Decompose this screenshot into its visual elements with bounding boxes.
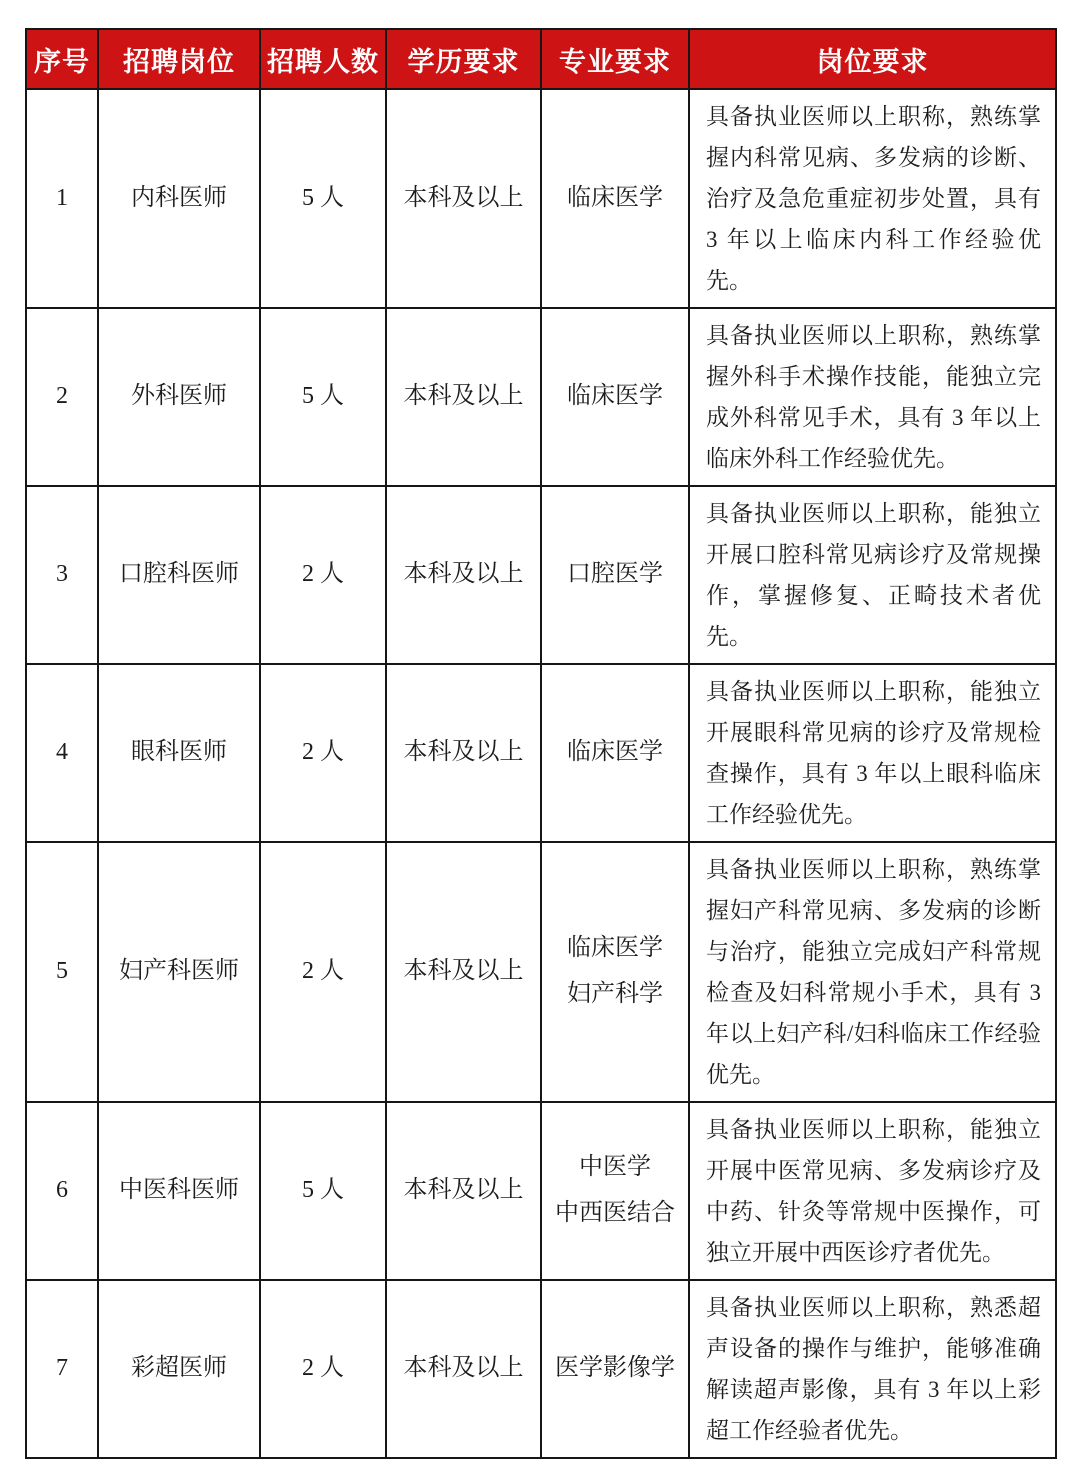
cell-education: 本科及以上: [386, 89, 541, 308]
recruitment-table: 序号招聘岗位招聘人数学历要求专业要求岗位要求 1内科医师5 人本科及以上临床医学…: [25, 28, 1057, 1459]
cell-education: 本科及以上: [386, 308, 541, 486]
cell-requirements: 具备执业医师以上职称，熟练掌握内科常见病、多发病的诊断、治疗及急危重症初步处置，…: [689, 89, 1056, 308]
cell-education: 本科及以上: [386, 664, 541, 842]
cell-position: 妇产科医师: [98, 842, 260, 1102]
cell-count: 2 人: [260, 1280, 386, 1458]
cell-major: 医学影像学: [541, 1280, 689, 1458]
cell-requirements: 具备执业医师以上职称，熟悉超声设备的操作与维护，能够准确解读超声影像，具有 3 …: [689, 1280, 1056, 1458]
cell-major: 临床医学 妇产科学: [541, 842, 689, 1102]
cell-count: 5 人: [260, 1102, 386, 1280]
cell-education: 本科及以上: [386, 486, 541, 664]
cell-requirements: 具备执业医师以上职称，能独立开展口腔科常见病诊疗及常规操作，掌握修复、正畸技术者…: [689, 486, 1056, 664]
table-row: 5妇产科医师2 人本科及以上临床医学 妇产科学具备执业医师以上职称，熟练掌握妇产…: [26, 842, 1056, 1102]
cell-position: 眼科医师: [98, 664, 260, 842]
cell-education: 本科及以上: [386, 1102, 541, 1280]
cell-requirements: 具备执业医师以上职称，熟练掌握妇产科常见病、多发病的诊断与治疗，能独立完成妇产科…: [689, 842, 1056, 1102]
cell-position: 外科医师: [98, 308, 260, 486]
column-header-requirements: 岗位要求: [689, 29, 1056, 89]
table-row: 3口腔科医师2 人本科及以上口腔医学具备执业医师以上职称，能独立开展口腔科常见病…: [26, 486, 1056, 664]
table-row: 2外科医师5 人本科及以上临床医学具备执业医师以上职称，熟练掌握外科手术操作技能…: [26, 308, 1056, 486]
cell-no: 2: [26, 308, 98, 486]
table-row: 4眼科医师2 人本科及以上临床医学具备执业医师以上职称，能独立开展眼科常见病的诊…: [26, 664, 1056, 842]
cell-no: 6: [26, 1102, 98, 1280]
cell-major: 口腔医学: [541, 486, 689, 664]
cell-education: 本科及以上: [386, 1280, 541, 1458]
cell-count: 5 人: [260, 89, 386, 308]
cell-no: 5: [26, 842, 98, 1102]
table-row: 6中医科医师5 人本科及以上中医学 中西医结合具备执业医师以上职称，能独立开展中…: [26, 1102, 1056, 1280]
column-header-no: 序号: [26, 29, 98, 89]
column-header-major: 专业要求: [541, 29, 689, 89]
cell-position: 彩超医师: [98, 1280, 260, 1458]
cell-count: 5 人: [260, 308, 386, 486]
cell-position: 口腔科医师: [98, 486, 260, 664]
cell-count: 2 人: [260, 486, 386, 664]
cell-requirements: 具备执业医师以上职称，能独立开展中医常见病、多发病诊疗及中药、针灸等常规中医操作…: [689, 1102, 1056, 1280]
cell-count: 2 人: [260, 664, 386, 842]
cell-no: 1: [26, 89, 98, 308]
cell-position: 中医科医师: [98, 1102, 260, 1280]
cell-education: 本科及以上: [386, 842, 541, 1102]
column-header-position: 招聘岗位: [98, 29, 260, 89]
cell-no: 7: [26, 1280, 98, 1458]
cell-major: 中医学 中西医结合: [541, 1102, 689, 1280]
cell-requirements: 具备执业医师以上职称，熟练掌握外科手术操作技能，能独立完成外科常见手术，具有 3…: [689, 308, 1056, 486]
cell-position: 内科医师: [98, 89, 260, 308]
cell-count: 2 人: [260, 842, 386, 1102]
table-row: 7彩超医师2 人本科及以上医学影像学具备执业医师以上职称，熟悉超声设备的操作与维…: [26, 1280, 1056, 1458]
cell-no: 4: [26, 664, 98, 842]
cell-requirements: 具备执业医师以上职称，能独立开展眼科常见病的诊疗及常规检查操作，具有 3 年以上…: [689, 664, 1056, 842]
column-header-education: 学历要求: [386, 29, 541, 89]
cell-no: 3: [26, 486, 98, 664]
cell-major: 临床医学: [541, 89, 689, 308]
recruitment-page: 序号招聘岗位招聘人数学历要求专业要求岗位要求 1内科医师5 人本科及以上临床医学…: [0, 0, 1080, 1247]
header-row: 序号招聘岗位招聘人数学历要求专业要求岗位要求: [26, 29, 1056, 89]
cell-major: 临床医学: [541, 664, 689, 842]
cell-major: 临床医学: [541, 308, 689, 486]
column-header-count: 招聘人数: [260, 29, 386, 89]
table-row: 1内科医师5 人本科及以上临床医学具备执业医师以上职称，熟练掌握内科常见病、多发…: [26, 89, 1056, 308]
